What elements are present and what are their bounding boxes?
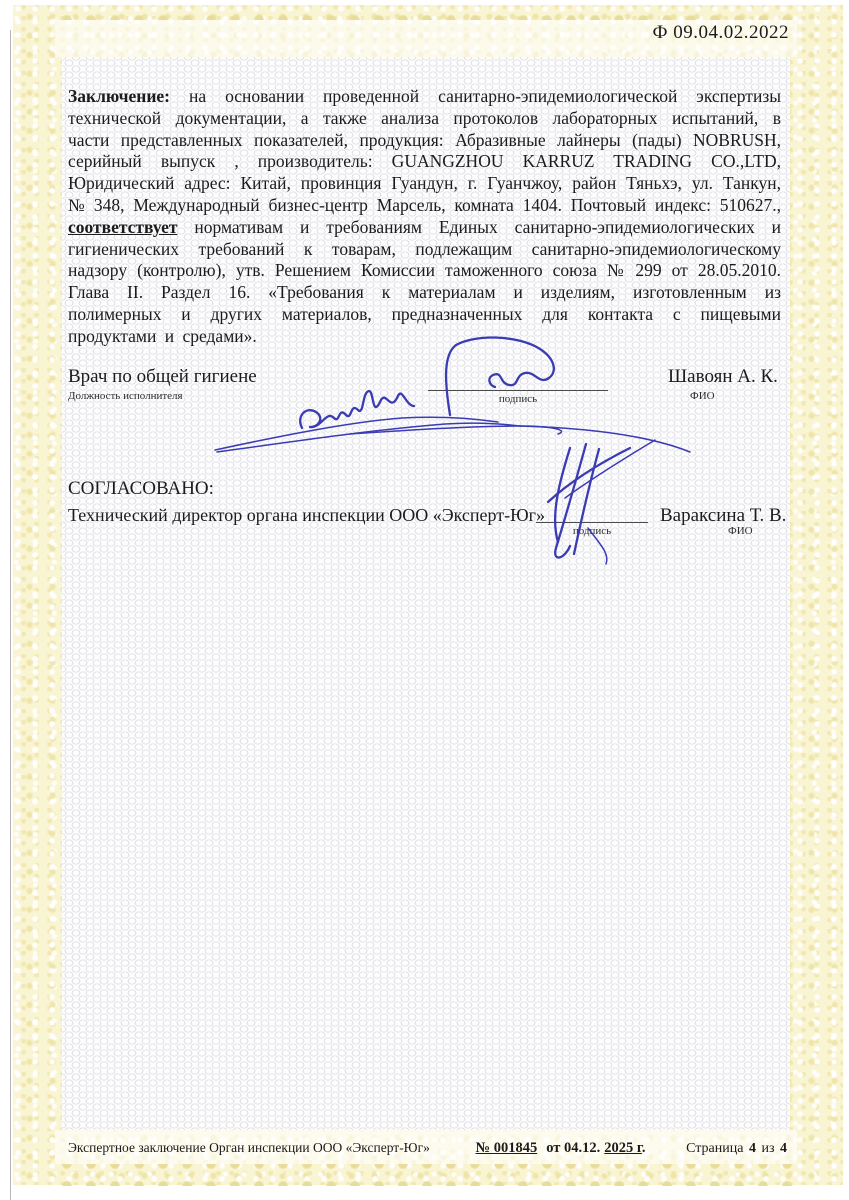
signature-ink-overlay	[50, 330, 770, 570]
form-code: Ф 09.04.02.2022	[652, 22, 789, 44]
footer-page-info: Страница 4 из 4	[686, 1141, 789, 1157]
footer-page-total: 4	[778, 1141, 789, 1156]
lace-wave-bottom-1	[55, 1164, 797, 1175]
conclusion-label: Заключение:	[68, 86, 170, 106]
flourish-stroke-4	[520, 426, 690, 452]
footer-date-prefix: от 04.12.	[542, 1140, 604, 1156]
conclusion-body-1: на основании проведенной санитарно-эпиде…	[68, 86, 781, 215]
document-footer: Экспертное заключение Орган инспекции ОО…	[68, 1140, 789, 1157]
executor-signature-flourish-scribble	[300, 391, 414, 428]
footer-page-current: 4	[747, 1141, 758, 1156]
footer-date-year: 2025 г	[604, 1140, 642, 1156]
footer-number: № 001845от 04.12.2025 г.	[471, 1140, 646, 1157]
scan-edge-line	[10, 30, 11, 1200]
scanned-document-page: { "document": { "form_code": "Ф 09.04.02…	[0, 0, 849, 1200]
conclusion-keyword: соответствует	[68, 217, 177, 237]
conclusion-paragraph: Заключение: на основании проведенной сан…	[68, 86, 781, 348]
approval-signature-stroke-4	[548, 448, 630, 502]
footer-page-of: из	[761, 1141, 774, 1156]
approval-signature-tail	[588, 528, 607, 564]
approval-signature-stroke-2	[555, 444, 586, 558]
footer-date-dot: .	[642, 1140, 646, 1156]
footer-doc-number: № 001845	[471, 1140, 543, 1156]
footer-doc-title: Экспертное заключение Орган инспекции ОО…	[68, 1140, 430, 1156]
executor-signature-scribble	[446, 338, 554, 415]
footer-page-label: Страница	[686, 1141, 743, 1156]
lace-wave-bottom-2	[55, 1175, 797, 1186]
lace-wave-top	[55, 9, 797, 20]
